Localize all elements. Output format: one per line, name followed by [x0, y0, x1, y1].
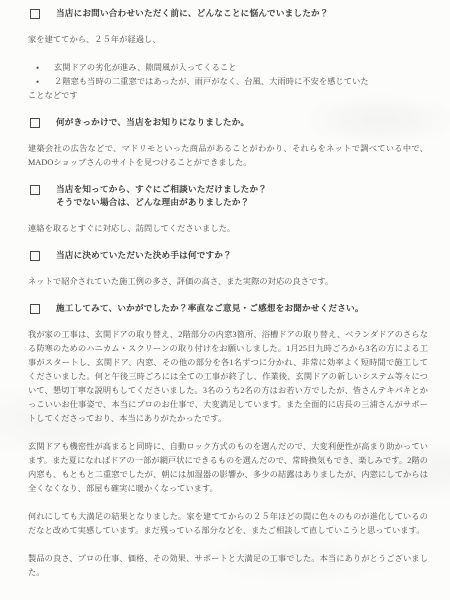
- answer-1: 家を建ててから、２５年が経過し、 • 玄関ドアの劣化が進み、隙間風が入ってくるこ…: [28, 33, 428, 103]
- question-2: 何がきっかけで、当店をお知りになりましたか。: [28, 116, 428, 129]
- answer-5-paragraph-1: 我が家の工事は、玄関ドアの取り替え、2階部分の内窓3箇所、浴槽ドアの取り替え、ベ…: [28, 328, 428, 426]
- answer-1-outro: ことなどです: [28, 89, 428, 103]
- question-3-line2: そうでない場合は、どんな理由がありましたか？: [56, 197, 249, 207]
- survey-section-3: 当店を知ってから、すぐにご相談いただけましたか？ そうでない場合は、どんな理由が…: [28, 183, 428, 236]
- checkbox-icon: [30, 251, 40, 261]
- question-3: 当店を知ってから、すぐにご相談いただけましたか？ そうでない場合は、どんな理由が…: [28, 183, 428, 209]
- question-1: 当店にお問い合わせいただく前に、どんなことに悩んでいましたか？: [28, 7, 428, 20]
- survey-section-5: 施工してみて、いかがでしたか？率直なご意見・ご感想をお聞かせください。 我が家の…: [28, 302, 428, 580]
- question-2-text: 何がきっかけで、当店をお知りになりましたか。: [56, 116, 428, 129]
- question-4: 当店に決めていただいた決め手は何ですか？: [28, 249, 428, 262]
- bullet-text: 玄関ドアの劣化が進み、隙間風が入ってくること: [54, 61, 428, 75]
- checkbox-icon: [30, 118, 40, 128]
- survey-section-1: 当店にお問い合わせいただく前に、どんなことに悩んでいましたか？ 家を建ててから、…: [28, 7, 428, 103]
- answer-5-paragraph-2: 玄関ドアも機密性が高まると同時に、自動ロック方式のものを選んだので、大変利便性が…: [28, 440, 428, 496]
- answer-3-text: 連絡を取るとすぐに対応し、訪問してくださいました。: [28, 222, 428, 236]
- scanned-survey-document: 当店にお問い合わせいただく前に、どんなことに悩んでいましたか？ 家を建ててから、…: [0, 0, 450, 600]
- question-5-text: 施工してみて、いかがでしたか？率直なご意見・ご感想をお聞かせください。: [56, 302, 428, 315]
- bullet-icon: •: [28, 61, 54, 75]
- answer-5-paragraph-3: 何れにしても大満足の結果となりました。家を建ててからの２５年ほどの間に色々のもの…: [28, 510, 428, 538]
- question-4-text: 当店に決めていただいた決め手は何ですか？: [56, 249, 428, 262]
- answer-2: 建築会社の広告などで、マドリモといった商品があることがわかり、それらをネットで調…: [28, 142, 428, 170]
- question-3-line1: 当店を知ってから、すぐにご相談いただけましたか？: [56, 184, 267, 194]
- bullet-item: • ２階窓も当時の二重窓ではあったが、雨戸がなく、台風、大雨時に不安を感じていた: [28, 75, 428, 89]
- question-1-text: 当店にお問い合わせいただく前に、どんなことに悩んでいましたか？: [56, 7, 428, 20]
- bullet-item: • 玄関ドアの劣化が進み、隙間風が入ってくること: [28, 61, 428, 75]
- answer-2-text: 建築会社の広告などで、マドリモといった商品があることがわかり、それらをネットで調…: [28, 142, 428, 170]
- answer-1-intro: 家を建ててから、２５年が経過し、: [28, 33, 428, 47]
- answer-4-text: ネットで紹介されていた施工例の多さ、評価の高さ、また実際の対応の良さです。: [28, 275, 428, 289]
- survey-section-2: 何がきっかけで、当店をお知りになりましたか。 建築会社の広告などで、マドリモとい…: [28, 116, 428, 170]
- bullet-text: ２階窓も当時の二重窓ではあったが、雨戸がなく、台風、大雨時に不安を感じていた: [54, 75, 428, 89]
- checkbox-icon: [30, 9, 40, 19]
- answer-1-bullet-list: • 玄関ドアの劣化が進み、隙間風が入ってくること • ２階窓も当時の二重窓ではあ…: [28, 61, 428, 89]
- question-3-text: 当店を知ってから、すぐにご相談いただけましたか？ そうでない場合は、どんな理由が…: [56, 183, 428, 209]
- bullet-icon: •: [28, 75, 54, 89]
- answer-5-paragraph-4: 製品の良さ、プロの仕事、価格、その効果、サポートと大満足の工事でした。本当にあり…: [28, 552, 428, 580]
- checkbox-icon: [30, 304, 40, 314]
- answer-5: 我が家の工事は、玄関ドアの取り替え、2階部分の内窓3箇所、浴槽ドアの取り替え、ベ…: [28, 328, 428, 580]
- survey-section-4: 当店に決めていただいた決め手は何ですか？ ネットで紹介されていた施工例の多さ、評…: [28, 249, 428, 289]
- answer-4: ネットで紹介されていた施工例の多さ、評価の高さ、また実際の対応の良さです。: [28, 275, 428, 289]
- answer-3: 連絡を取るとすぐに対応し、訪問してくださいました。: [28, 222, 428, 236]
- question-5: 施工してみて、いかがでしたか？率直なご意見・ご感想をお聞かせください。: [28, 302, 428, 315]
- checkbox-icon: [30, 185, 40, 195]
